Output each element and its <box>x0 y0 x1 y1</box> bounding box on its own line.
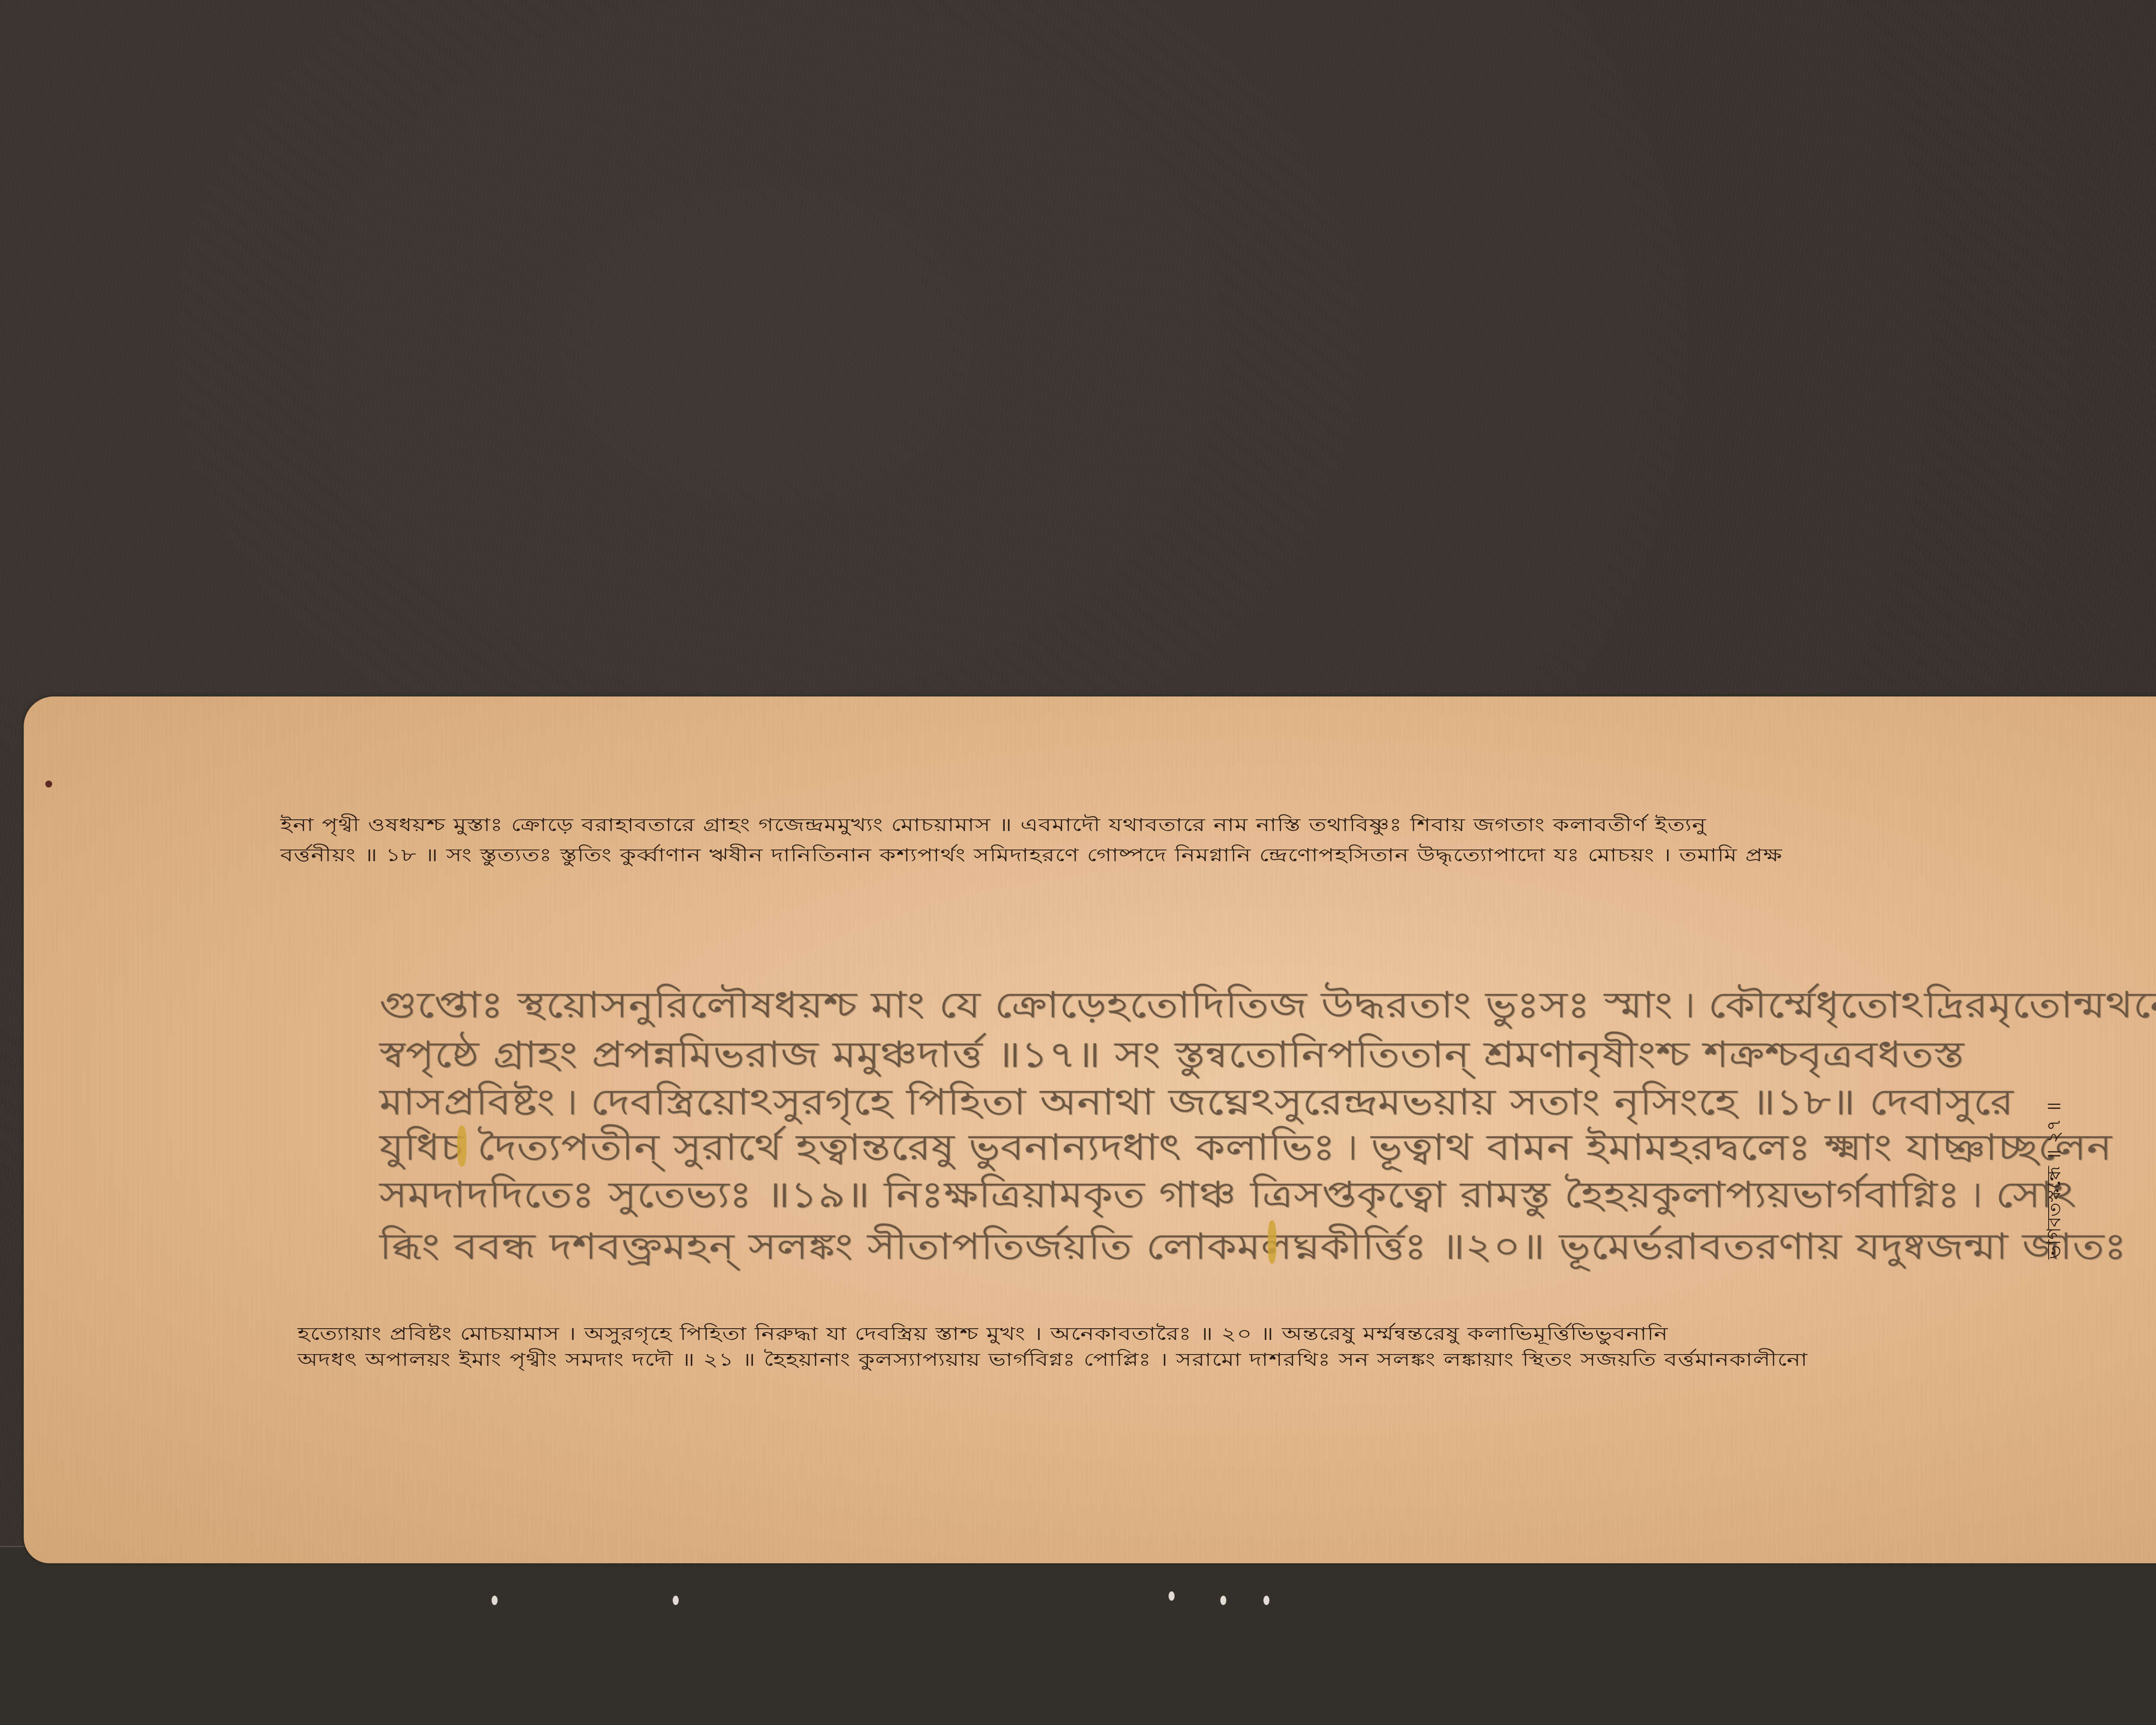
board-speck <box>492 1596 498 1605</box>
board-speck <box>1263 1596 1269 1605</box>
margin-folio-note: ভাগবতস্কন্ধে ॥ ২৭ ॥ <box>2040 1102 2071 1259</box>
board-lower-flap <box>0 1546 2156 1725</box>
verse-line-6: ব্ধিং ববন্ধ দশবক্ত্রমহন্ সলঙ্কং সীতাপতির… <box>379 1218 2127 1279</box>
photo-scene: ইনা পৃথ্বী ওষধয়শ্চ মুস্তাঃ ক্রোড়ে বরাহ… <box>0 0 2156 1725</box>
board-speck <box>1220 1596 1226 1605</box>
top-gloss-line-1: ইনা পৃথ্বী ওষধয়শ্চ মুস্তাঃ ক্রোড়ে বরাহ… <box>280 811 1707 841</box>
yellow-correction-mark <box>1268 1220 1276 1264</box>
board-speck <box>1169 1591 1175 1601</box>
binding-hole <box>45 781 52 787</box>
top-gloss-line-2: বর্ত্তনীয়ং ॥ ১৮ ॥ সং স্তুত্যতঃ স্তুতিং … <box>280 841 1783 872</box>
bottom-gloss-line-2: অদধৎ অপালয়ং ইমাং পৃথ্বীং সমদাং দদৌ ॥ ২১… <box>298 1345 1808 1376</box>
board-speck <box>673 1596 679 1605</box>
yellow-correction-mark <box>457 1126 467 1167</box>
